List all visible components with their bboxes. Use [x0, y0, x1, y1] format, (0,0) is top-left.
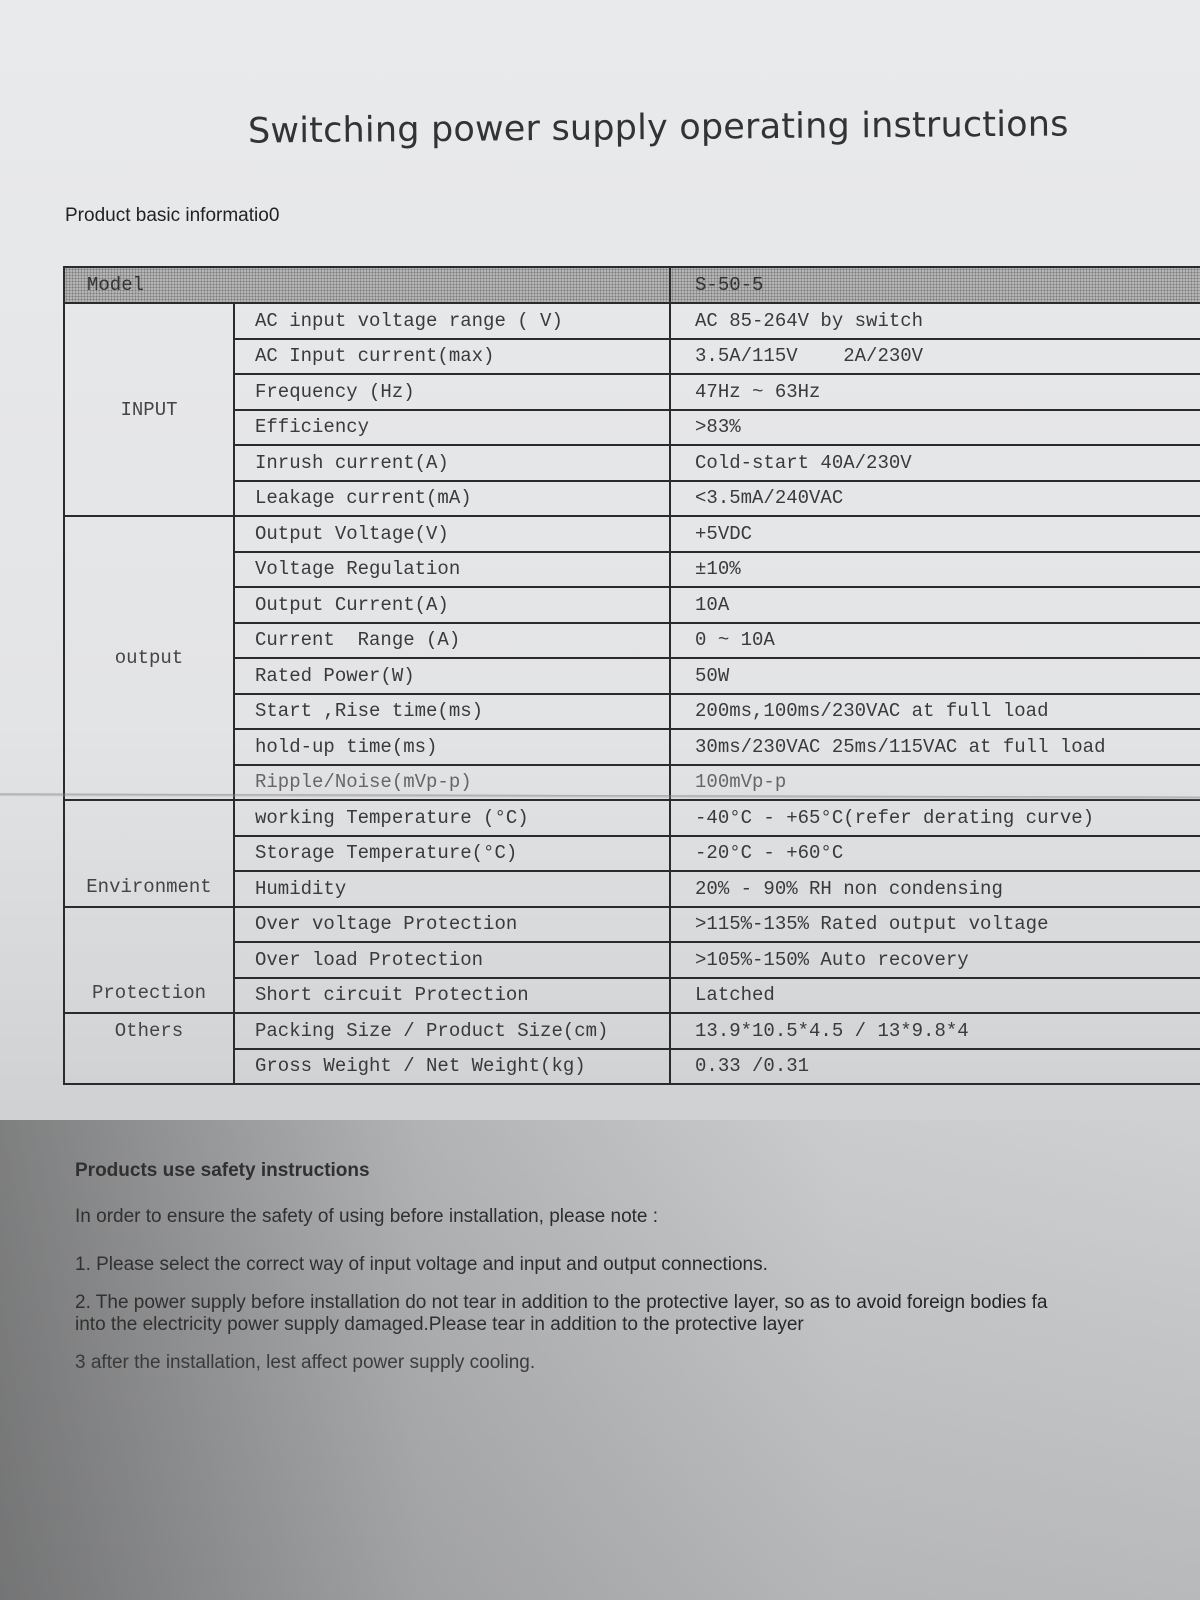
value-cell: <3.5mA/240VAC	[670, 481, 1200, 517]
safety-item: 3 after the installation, lest affect po…	[75, 1352, 1200, 1374]
table-row: hold-up time(ms) 30ms/230VAC 25ms/115VAC…	[64, 729, 1200, 765]
param-cell: AC input voltage range ( V)	[234, 303, 670, 339]
group-output: output	[64, 516, 234, 800]
table-row: Start ,Rise time(ms) 200ms,100ms/230VAC …	[64, 694, 1200, 730]
value-cell: -40°C - +65°C(refer derating curve)	[670, 800, 1200, 836]
table-row: Others Packing Size / Product Size(cm) 1…	[64, 1013, 1200, 1049]
group-input: INPUT	[64, 303, 234, 516]
value-cell: 50W	[670, 658, 1200, 694]
param-cell: Output Voltage(V)	[234, 516, 670, 552]
param-cell: Gross Weight / Net Weight(kg)	[234, 1049, 670, 1085]
param-cell: working Temperature (°C)	[234, 800, 670, 836]
value-cell: 30ms/230VAC 25ms/115VAC at full load	[670, 729, 1200, 765]
param-cell: Frequency (Hz)	[234, 374, 670, 410]
param-cell: Current Range (A)	[234, 623, 670, 659]
value-cell: 10A	[670, 587, 1200, 623]
param-cell: Start ,Rise time(ms)	[234, 694, 670, 730]
table-row: Voltage Regulation ±10%	[64, 552, 1200, 588]
value-cell: -20°C - +60°C	[670, 836, 1200, 872]
value-cell: >115%-135% Rated output voltage	[670, 907, 1200, 943]
table-row: AC Input current(max) 3.5A/115V 2A/230V	[64, 339, 1200, 375]
param-cell: Storage Temperature(°C)	[234, 836, 670, 872]
param-cell: AC Input current(max)	[234, 339, 670, 375]
safety-item: 2. The power supply before installation …	[75, 1292, 1200, 1314]
param-cell: Humidity	[234, 871, 670, 907]
section-title: Product basic informatio0	[65, 205, 279, 227]
table-row: Environment working Temperature (°C) -40…	[64, 800, 1200, 836]
value-cell: 20% - 90% RH non condensing	[670, 871, 1200, 907]
table-row: Rated Power(W) 50W	[64, 658, 1200, 694]
table-row: Inrush current(A) Cold-start 40A/230V	[64, 445, 1200, 481]
table-row: Humidity 20% - 90% RH non condensing	[64, 871, 1200, 907]
value-cell: 3.5A/115V 2A/230V	[670, 339, 1200, 375]
param-cell: Over load Protection	[234, 942, 670, 978]
table-row: INPUT AC input voltage range ( V) AC 85-…	[64, 303, 1200, 339]
param-cell: Leakage current(mA)	[234, 481, 670, 517]
value-cell: AC 85-264V by switch	[670, 303, 1200, 339]
table-row: Over load Protection >105%-150% Auto rec…	[64, 942, 1200, 978]
param-cell: Output Current(A)	[234, 587, 670, 623]
param-cell: Efficiency	[234, 410, 670, 446]
param-cell: hold-up time(ms)	[234, 729, 670, 765]
table-row: Storage Temperature(°C) -20°C - +60°C	[64, 836, 1200, 872]
param-cell: Voltage Regulation	[234, 552, 670, 588]
param-cell: Packing Size / Product Size(cm)	[234, 1013, 670, 1049]
value-cell: >83%	[670, 410, 1200, 446]
model-label: Model	[64, 267, 670, 303]
value-cell: 0.33 /0.31	[670, 1049, 1200, 1085]
value-cell: 200ms,100ms/230VAC at full load	[670, 694, 1200, 730]
safety-heading: Products use safety instructions	[75, 1160, 1200, 1182]
table-row: output Output Voltage(V) +5VDC	[64, 516, 1200, 552]
table-row: Short circuit Protection Latched	[64, 978, 1200, 1014]
table-row: Current Range (A) 0 ~ 10A	[64, 623, 1200, 659]
group-environment: Environment	[64, 800, 234, 907]
table-row: Frequency (Hz) 47Hz ~ 63Hz	[64, 374, 1200, 410]
group-protection: Protection	[64, 907, 234, 1014]
safety-intro: In order to ensure the safety of using b…	[75, 1206, 1200, 1228]
table-row: Output Current(A) 10A	[64, 587, 1200, 623]
table-row: Efficiency >83%	[64, 410, 1200, 446]
value-cell: +5VDC	[670, 516, 1200, 552]
table-row: Gross Weight / Net Weight(kg) 0.33 /0.31	[64, 1049, 1200, 1085]
spec-table: Model S-50-5 INPUT AC input voltage rang…	[63, 266, 1200, 1085]
param-cell: Short circuit Protection	[234, 978, 670, 1014]
value-cell: 0 ~ 10A	[670, 623, 1200, 659]
value-cell: Latched	[670, 978, 1200, 1014]
value-cell: 13.9*10.5*4.5 / 13*9.8*4	[670, 1013, 1200, 1049]
value-cell: >105%-150% Auto recovery	[670, 942, 1200, 978]
safety-section: Products use safety instructions In orde…	[75, 1160, 1200, 1390]
value-cell: 47Hz ~ 63Hz	[670, 374, 1200, 410]
value-cell: ±10%	[670, 552, 1200, 588]
group-others: Others	[64, 1013, 234, 1084]
table-row: Protection Over voltage Protection >115%…	[64, 907, 1200, 943]
param-cell: Rated Power(W)	[234, 658, 670, 694]
param-cell: Inrush current(A)	[234, 445, 670, 481]
safety-item-continued: into the electricity power supply damage…	[75, 1314, 1200, 1336]
safety-item: 1. Please select the correct way of inpu…	[75, 1254, 1200, 1276]
document-title: Switching power supply operating instruc…	[248, 104, 1069, 151]
table-row: Leakage current(mA) <3.5mA/240VAC	[64, 481, 1200, 517]
param-cell: Over voltage Protection	[234, 907, 670, 943]
model-value: S-50-5	[670, 267, 1200, 303]
model-row: Model S-50-5	[64, 267, 1200, 303]
value-cell: Cold-start 40A/230V	[670, 445, 1200, 481]
